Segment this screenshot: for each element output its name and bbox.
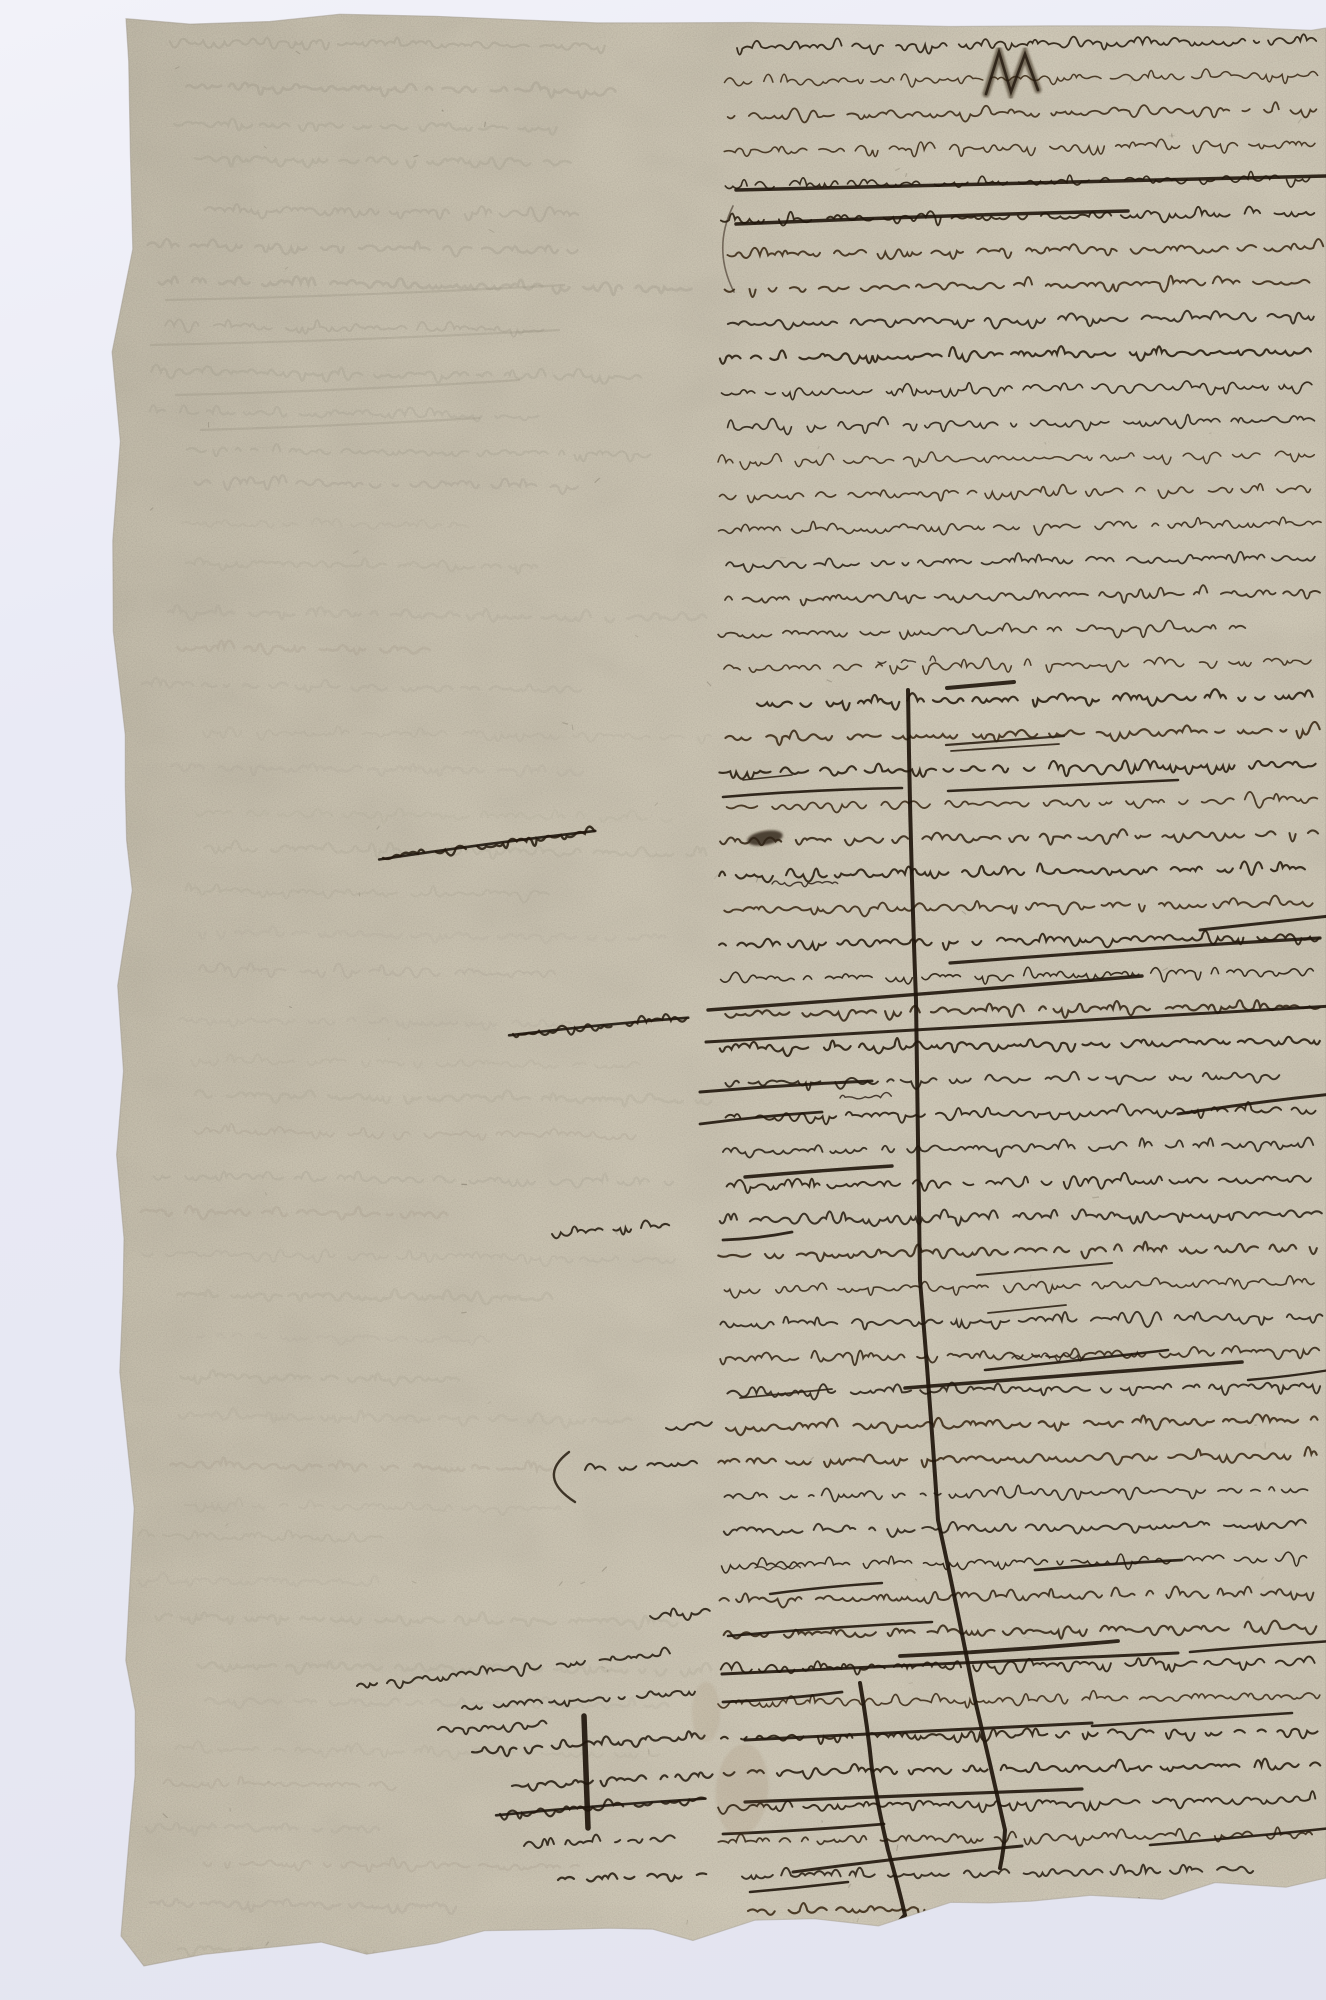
stain-mark bbox=[692, 1682, 720, 1742]
manuscript-scan bbox=[0, 0, 1326, 2000]
manuscript-page bbox=[0, 0, 1326, 2000]
paper-sheet bbox=[0, 0, 1326, 2000]
